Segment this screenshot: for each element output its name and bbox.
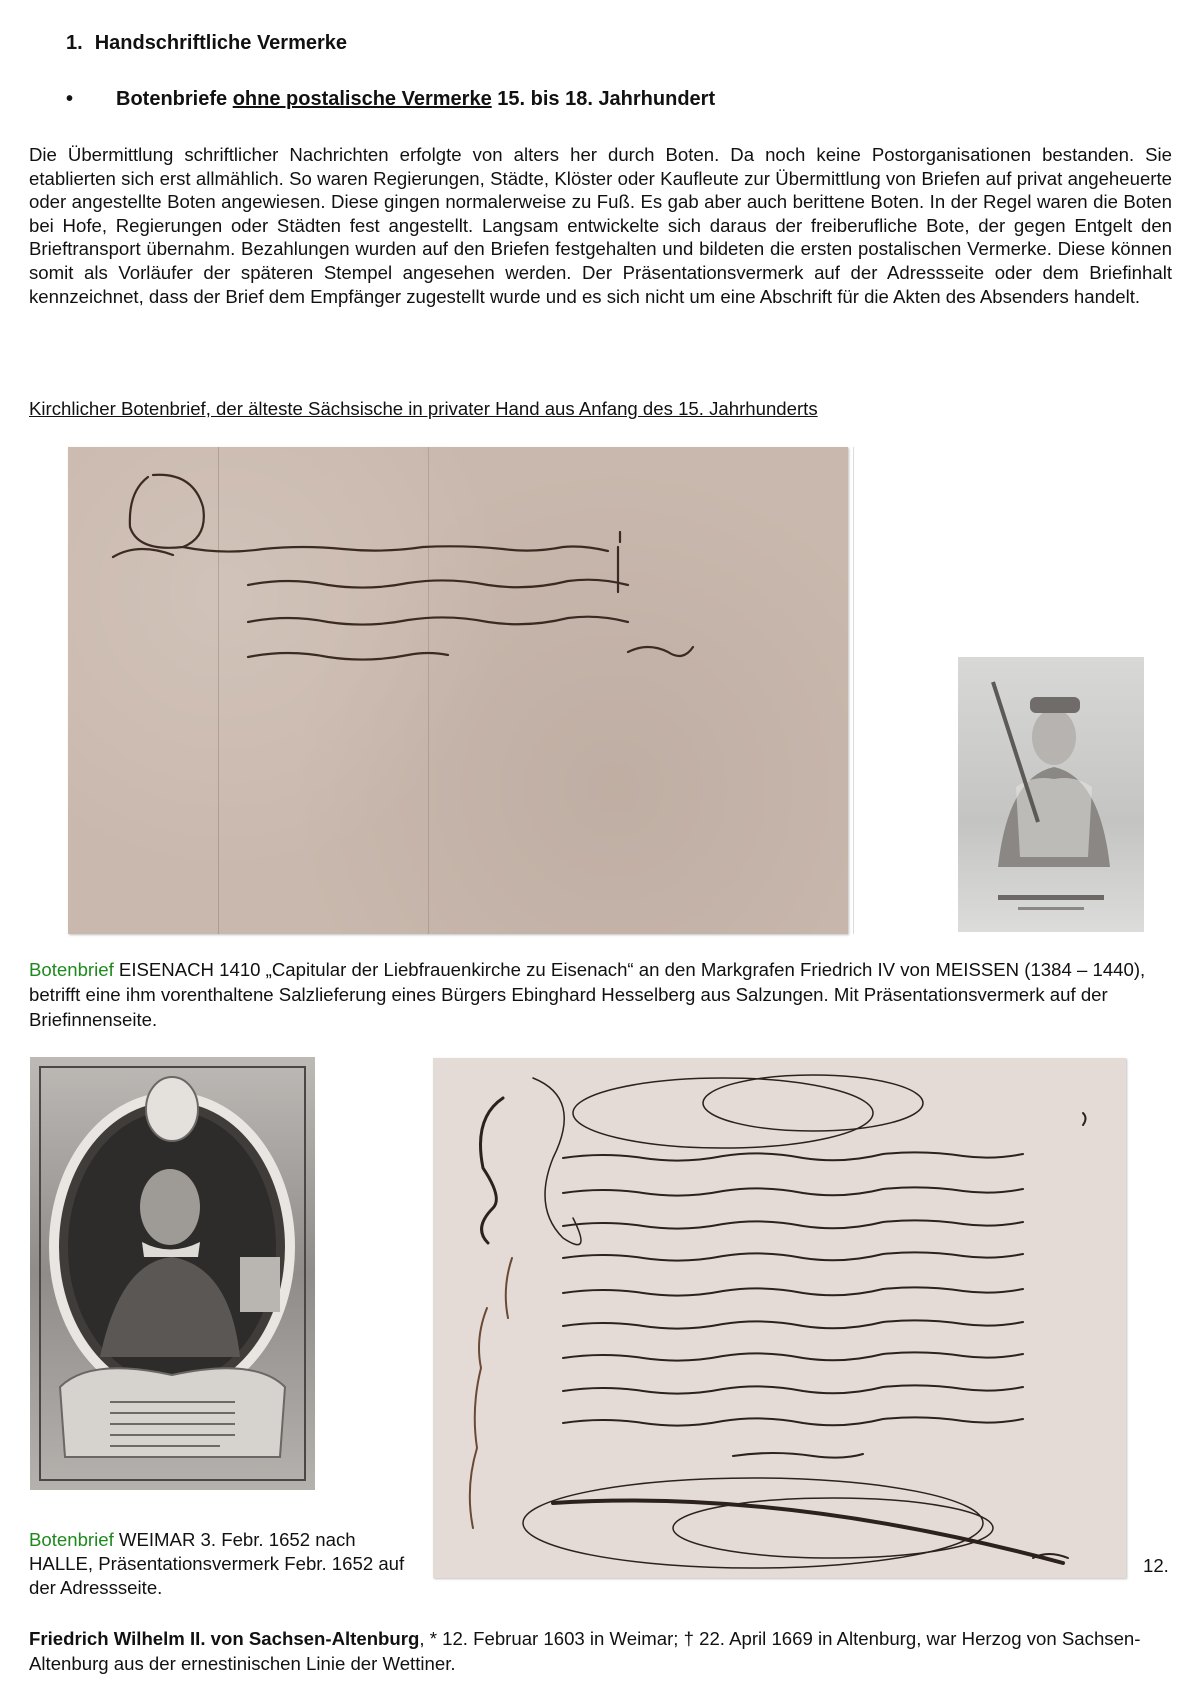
portrait-friedrich-wilhelm-image <box>30 1057 315 1490</box>
section-subtitle: Kirchlicher Botenbrief, der älteste Säch… <box>29 398 818 420</box>
caption-1410-text: EISENACH 1410 „Capitular der Liebfrauenk… <box>29 959 1145 1030</box>
footer-name: Friedrich Wilhelm II. von Sachsen-Altenb… <box>29 1628 419 1649</box>
portrait-figure <box>958 657 1144 932</box>
footer-biography: Friedrich Wilhelm II. von Sachsen-Altenb… <box>29 1626 1169 1676</box>
portrait-friedrich-image <box>958 657 1144 932</box>
letter-1652-image <box>433 1058 1126 1578</box>
caption-1652: Botenbrief WEIMAR 3. Febr. 1652 nach HAL… <box>29 1528 409 1600</box>
subheading: •Botenbriefe ohne postalische Vermerke 1… <box>66 88 715 111</box>
subheading-part3: 15. bis 18. Jahrhundert <box>497 88 715 110</box>
handwriting-1410 <box>68 447 848 934</box>
caption-1410-label: Botenbrief <box>29 959 114 980</box>
letter-1410-image <box>68 447 848 934</box>
caption-1652-label: Botenbrief <box>29 1529 114 1550</box>
section-heading: 1.Handschriftliche Vermerke <box>66 32 347 55</box>
caption-1410: Botenbrief EISENACH 1410 „Capitular der … <box>29 957 1149 1032</box>
handwriting-1652 <box>433 1058 1126 1578</box>
section-number: 1. <box>66 32 83 54</box>
subheading-underlined: ohne postalische Vermerke <box>233 88 492 110</box>
page-number: 12. <box>1143 1555 1169 1577</box>
subheading-part1: Botenbriefe <box>116 88 227 110</box>
section-title: Handschriftliche Vermerke <box>95 32 347 54</box>
bullet-icon: • <box>66 88 116 111</box>
intro-paragraph: Die Übermittlung schriftlicher Nachricht… <box>29 143 1172 308</box>
engraving-figure <box>30 1057 315 1490</box>
